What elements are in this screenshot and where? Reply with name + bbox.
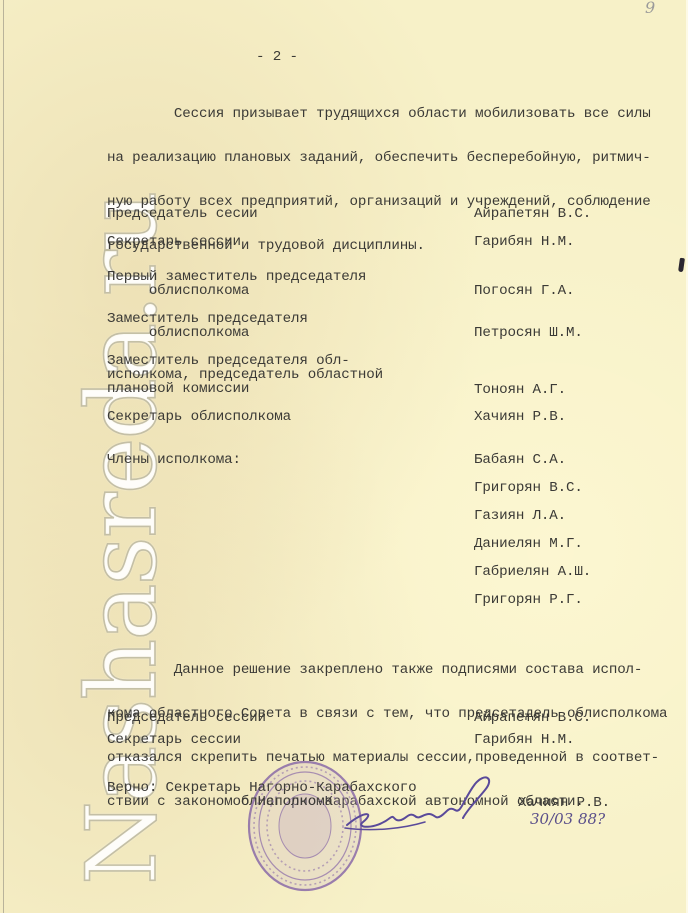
signatory-title: Председатель сессии	[107, 711, 266, 725]
member-name: Бабаян С.А.	[474, 453, 566, 467]
handwritten-date: 30/03 88?	[530, 810, 605, 828]
page-edge-line	[3, 0, 4, 913]
signatory-name: Погосян Г.А.	[474, 284, 574, 298]
intro-line: Сессия призывает трудящихся области моби…	[107, 107, 651, 122]
certification-name: Хачиян Р.В.	[518, 796, 610, 810]
signatory-title: Первый заместитель председателя облиспол…	[107, 270, 366, 298]
sheet-number: 9	[645, 0, 655, 17]
second-line: Данное решение закреплено также подписям…	[107, 663, 667, 678]
signatory-title: Секретарь облисполкома	[107, 410, 291, 424]
member-name: Габриелян А.Ш.	[474, 565, 591, 579]
intro-line: на реализацию плановых заданий, обеспечи…	[107, 151, 651, 166]
signatory-name: Петросян Ш.М.	[474, 326, 583, 340]
signatory-title: Председатель сесии	[107, 207, 258, 221]
signatory-name: Айрапетян В.С.	[474, 711, 591, 725]
signatory-name: Гарибян Н.М.	[474, 733, 574, 747]
signatory-name: Тоноян А.Г.	[474, 383, 566, 397]
signatory-title: Секретарь сессии	[107, 733, 241, 747]
second-line: отказался скрепить печатью материалы сес…	[107, 751, 667, 766]
ink-mark	[678, 258, 685, 273]
signature-icon	[335, 770, 505, 840]
page-number: - 2 -	[256, 50, 298, 64]
member-name: Даниелян М.Г.	[474, 537, 583, 551]
signatory-name: Хачиян Р.В.	[474, 410, 566, 424]
signatory-title: Заместитель председателя обл- исполкома,…	[107, 354, 383, 396]
members-label: Члены исполкома:	[107, 453, 241, 467]
signatory-title: Секретарь сессии	[107, 235, 241, 249]
member-name: Газиян Л.А.	[474, 509, 566, 523]
signatory-name: Гарибян Н.М.	[474, 235, 574, 249]
signatory-name: Айрапетян В.С.	[474, 207, 591, 221]
signatory-title: Заместитель председателя облисполкома	[107, 312, 308, 340]
member-name: Григорян Р.Г.	[474, 593, 583, 607]
member-name: Григорян В.С.	[474, 481, 583, 495]
